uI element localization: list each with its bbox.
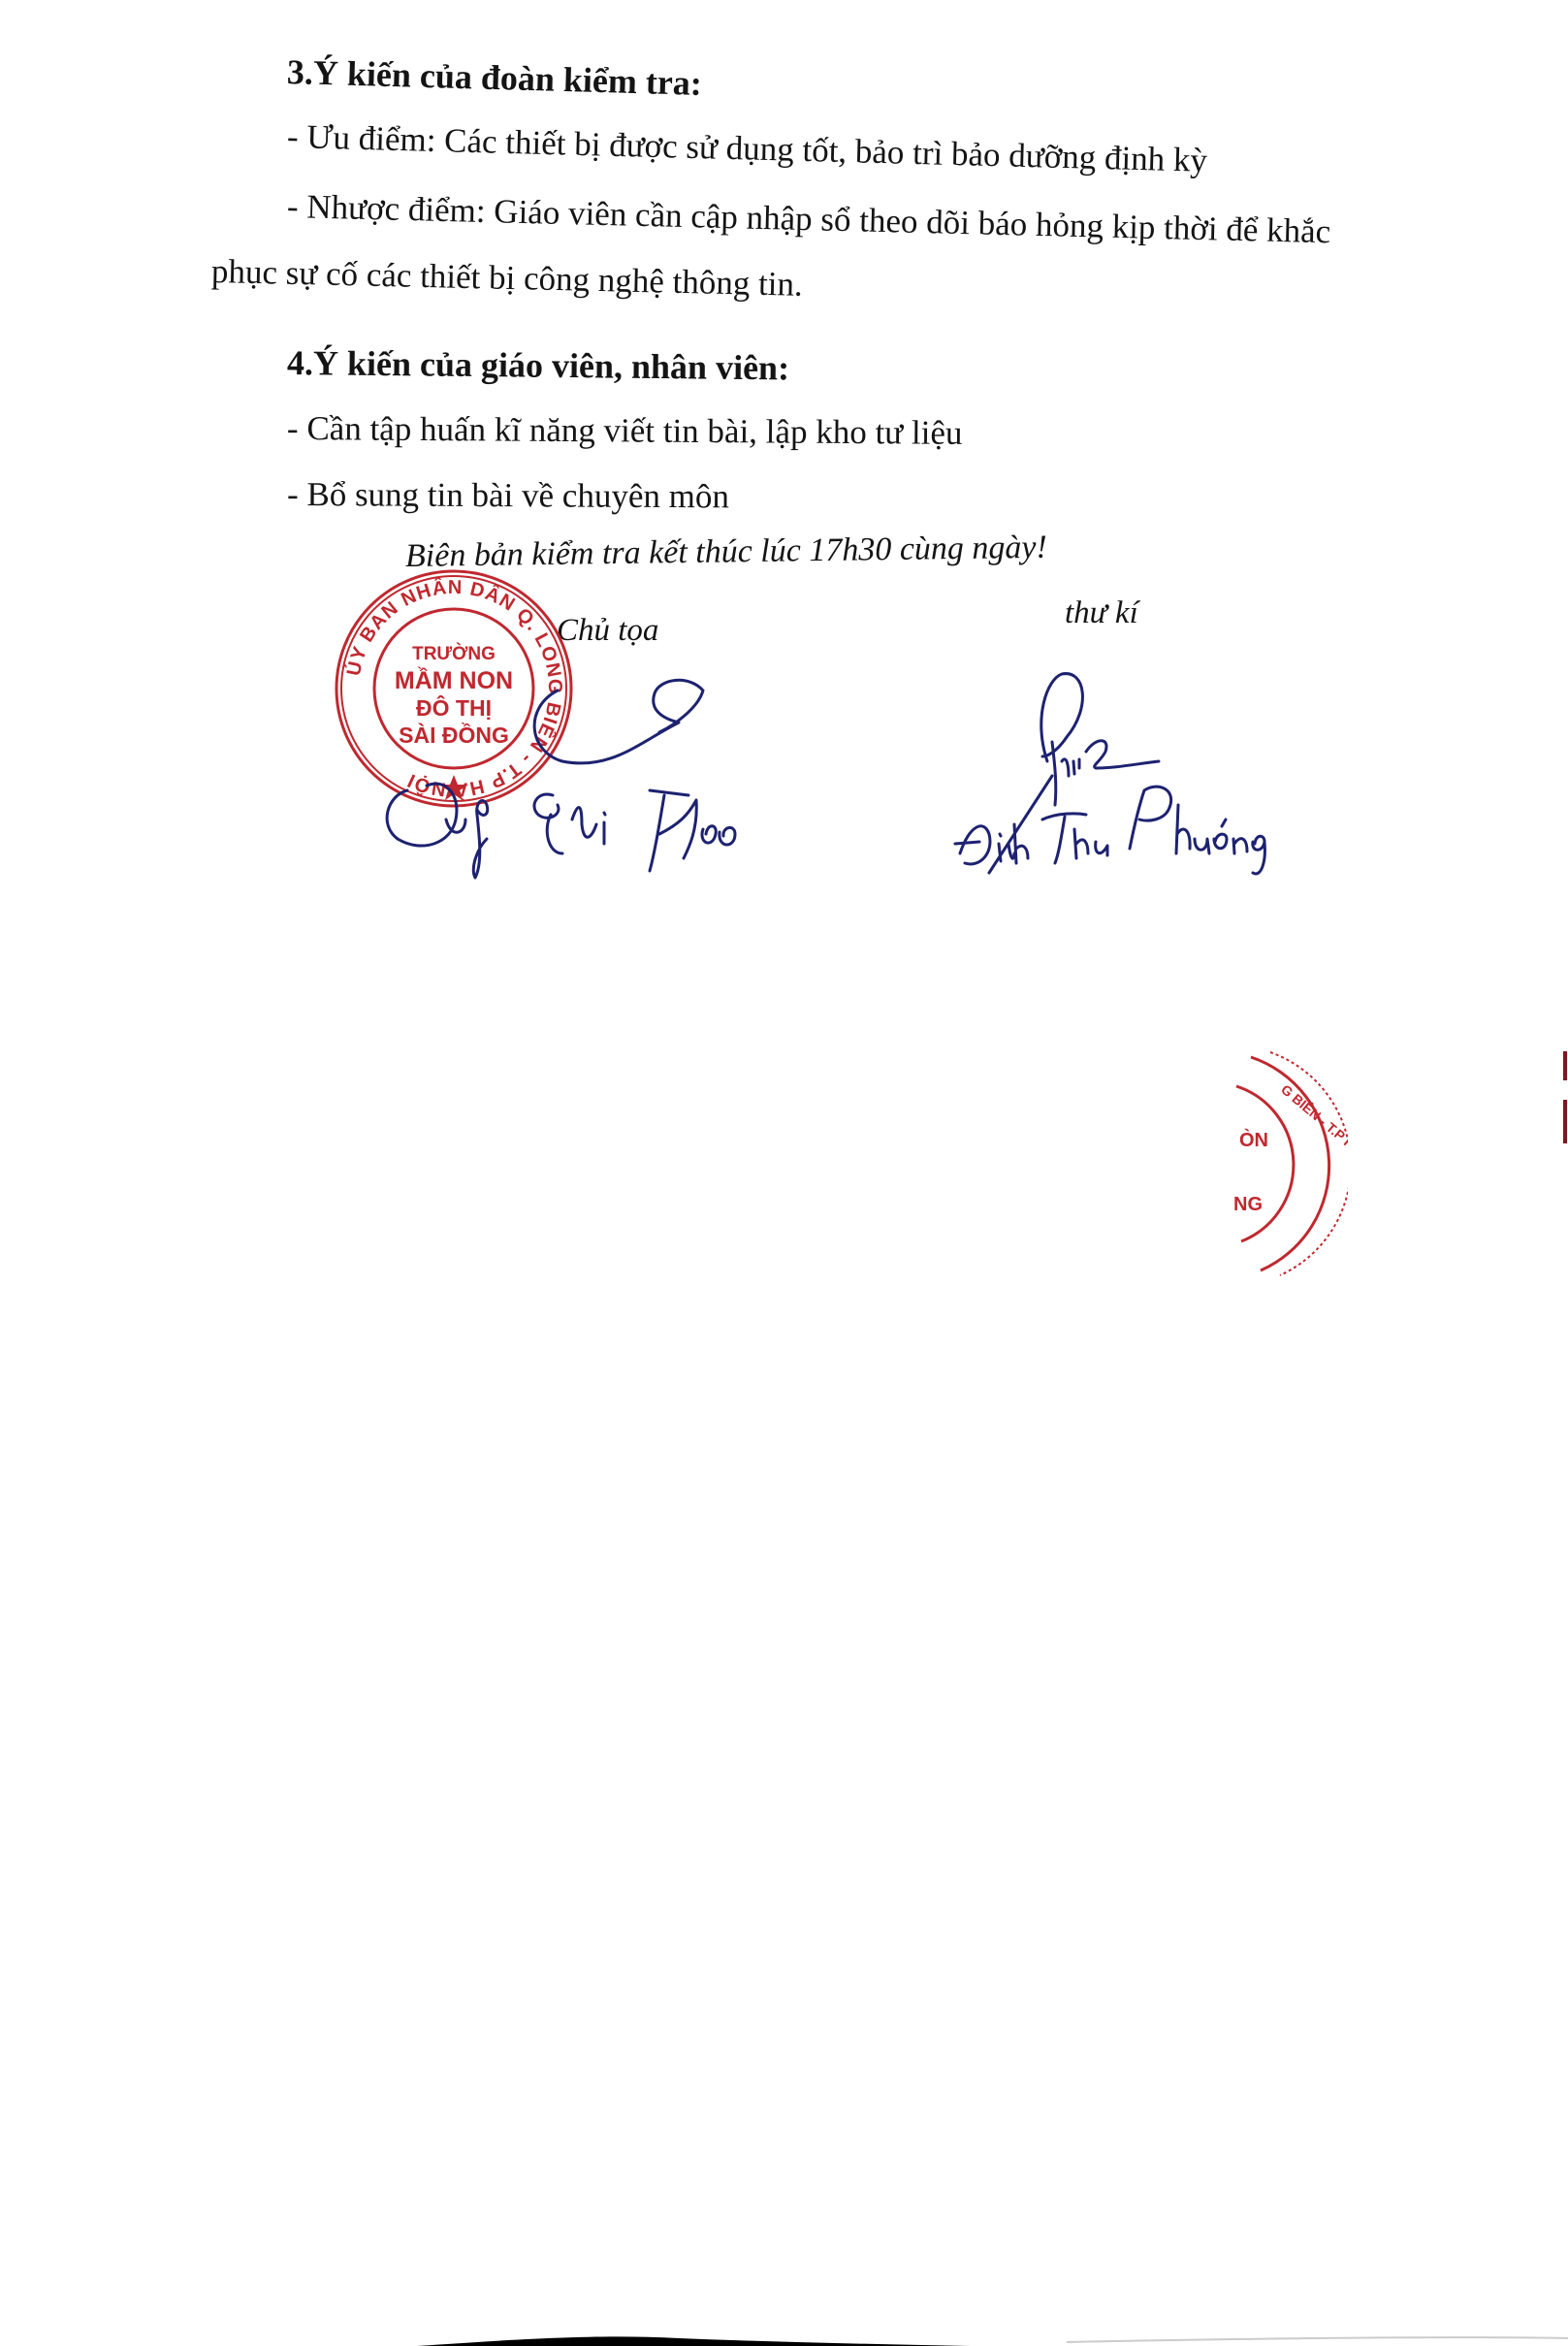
chair-signature xyxy=(368,650,776,892)
section-4-heading: 4.Ý kiến của giáo viên, nhân viên: xyxy=(287,345,789,385)
section-4-item: - Bổ sung tin bài về chuyên môn xyxy=(287,477,729,513)
svg-text:NG: NG xyxy=(1233,1194,1263,1215)
svg-text:G BIÊN - T.P HÀ NỘI: G BIÊN - T.P HÀ NỘI xyxy=(1278,1080,1348,1176)
svg-text:ÒN: ÒN xyxy=(1239,1128,1268,1151)
section-3-heading: 3.Ý kiến của đoàn kiểm tra: xyxy=(286,54,702,101)
scan-edge-artifact xyxy=(1560,1047,1568,1203)
section-3-strengths: - Ưu điểm: Các thiết bị được sử dụng tốt… xyxy=(287,119,1208,177)
partial-seal-stamp: ÒN NG G BIÊN - T.P HÀ NỘI xyxy=(1232,1038,1348,1290)
secretary-signature xyxy=(941,659,1328,883)
scan-bottom-shadow xyxy=(0,2332,1568,2346)
secretary-role-label: thư kí xyxy=(1065,595,1138,631)
section-3-weaknesses-line2: phục sự cố các thiết bị công nghệ thông … xyxy=(211,254,804,302)
section-3-weaknesses-line1: - Nhược điểm: Giáo viên cần cập nhập sổ … xyxy=(287,189,1331,248)
document-page: 3.Ý kiến của đoàn kiểm tra: - Ưu điểm: C… xyxy=(0,0,1568,2346)
section-4-item: - Cần tập huấn kĩ năng viết tin bài, lập… xyxy=(287,411,963,450)
